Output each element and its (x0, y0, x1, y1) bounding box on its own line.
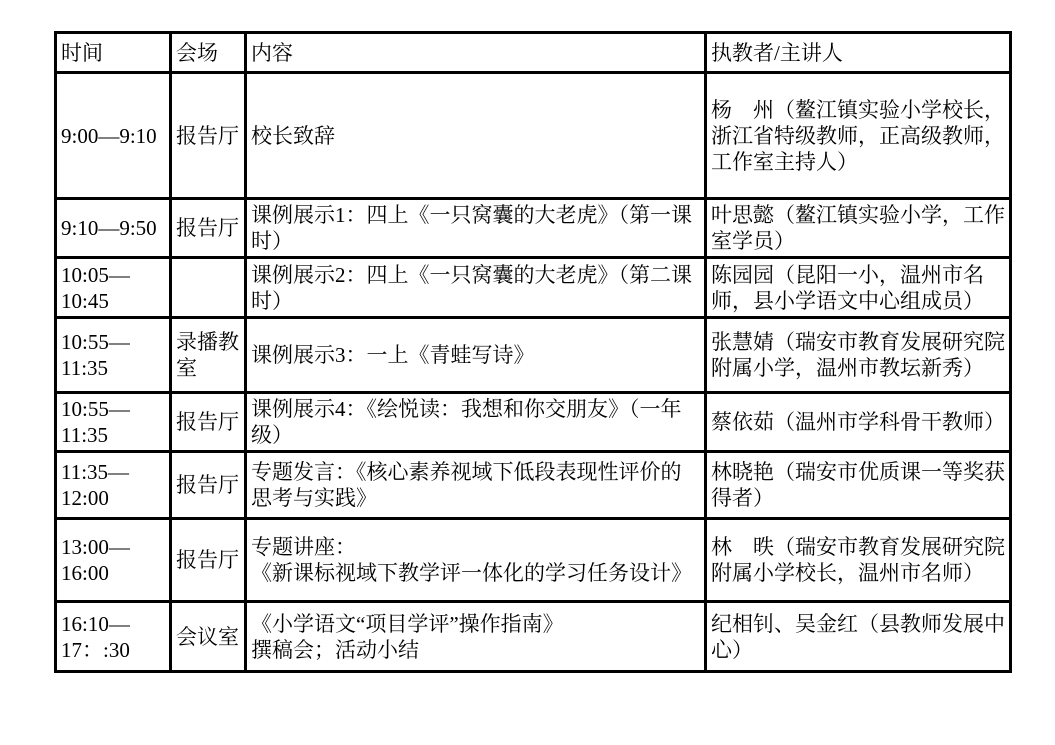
venue-cell: 报告厅 (171, 452, 246, 519)
time-cell: 9:10—9:50 (56, 199, 171, 258)
venue-cell: 报告厅 (171, 519, 246, 602)
venue-cell: 报告厅 (171, 199, 246, 258)
venue-cell: 会议室 (171, 602, 246, 672)
speaker-cell: 杨 州（鳌江镇实验小学校长， 浙江省特级教师，正高级教师， 工作室主持人） (706, 73, 1011, 199)
speaker-cell: 纪相钊、吴金红（县教师发展中心） (706, 602, 1011, 672)
document-page: 时间 会场 内容 执教者/主讲人 9:00—9:10 报告厅 校长致辞 杨 州（… (0, 0, 1055, 745)
content-cell: 课例展示4：《绘悦读：我想和你交朋友》（一年级） (246, 393, 706, 452)
table-row: 13:00— 16:00 报告厅 专题讲座： 《新课标视域下教学评一体化的学习任… (56, 519, 1011, 602)
venue-cell: 录播教室 (171, 318, 246, 393)
time-cell: 13:00— 16:00 (56, 519, 171, 602)
schedule-table-container: 时间 会场 内容 执教者/主讲人 9:00—9:10 报告厅 校长致辞 杨 州（… (54, 31, 1012, 673)
schedule-table: 时间 会场 内容 执教者/主讲人 9:00—9:10 报告厅 校长致辞 杨 州（… (54, 31, 1012, 673)
speaker-cell: 蔡依茹（温州市学科骨干教师） (706, 393, 1011, 452)
venue-cell: 报告厅 (171, 73, 246, 199)
table-row: 9:00—9:10 报告厅 校长致辞 杨 州（鳌江镇实验小学校长， 浙江省特级教… (56, 73, 1011, 199)
speaker-cell: 林晓艳（瑞安市优质课一等奖获得者） (706, 452, 1011, 519)
speaker-cell: 叶思懿（鳌江镇实验小学，工作室学员） (706, 199, 1011, 258)
venue-cell: 报告厅 (171, 393, 246, 452)
venue-cell (171, 258, 246, 318)
table-row: 9:10—9:50 报告厅 课例展示1：四上《一只窝囊的大老虎》（第一课时） 叶… (56, 199, 1011, 258)
content-cell: 课例展示3：一上《青蛙写诗》 (246, 318, 706, 393)
content-cell: 课例展示2：四上《一只窝囊的大老虎》（第二课时） (246, 258, 706, 318)
speaker-cell: 张慧婧（瑞安市教育发展研究院附属小学，温州市教坛新秀） (706, 318, 1011, 393)
table-row: 10:05— 10:45 课例展示2：四上《一只窝囊的大老虎》（第二课时） 陈园… (56, 258, 1011, 318)
content-cell: 专题发言：《核心素养视域下低段表现性评价的思考与实践》 (246, 452, 706, 519)
content-cell: 专题讲座： 《新课标视域下教学评一体化的学习任务设计》 (246, 519, 706, 602)
header-cell-venue: 会场 (171, 33, 246, 73)
table-row: 10:55— 11:35 录播教室 课例展示3：一上《青蛙写诗》 张慧婧（瑞安市… (56, 318, 1011, 393)
time-cell: 11:35— 12:00 (56, 452, 171, 519)
content-cell: 《小学语文“项目学评”操作指南》 撰稿会；活动小结 (246, 602, 706, 672)
header-cell-speaker: 执教者/主讲人 (706, 33, 1011, 73)
time-cell: 10:55— 11:35 (56, 318, 171, 393)
table-row: 16:10— 17：:30 会议室 《小学语文“项目学评”操作指南》 撰稿会；活… (56, 602, 1011, 672)
header-cell-content: 内容 (246, 33, 706, 73)
speaker-cell: 陈园园（昆阳一小，温州市名师，县小学语文中心组成员） (706, 258, 1011, 318)
header-row: 时间 会场 内容 执教者/主讲人 (56, 33, 1011, 73)
time-cell: 10:05— 10:45 (56, 258, 171, 318)
header-cell-time: 时间 (56, 33, 171, 73)
table-row: 11:35— 12:00 报告厅 专题发言：《核心素养视域下低段表现性评价的思考… (56, 452, 1011, 519)
table-row: 10:55— 11:35 报告厅 课例展示4：《绘悦读：我想和你交朋友》（一年级… (56, 393, 1011, 452)
content-cell: 校长致辞 (246, 73, 706, 199)
time-cell: 16:10— 17：:30 (56, 602, 171, 672)
time-cell: 9:00—9:10 (56, 73, 171, 199)
speaker-cell: 林 昳（瑞安市教育发展研究院附属小学校长，温州市名师） (706, 519, 1011, 602)
time-cell: 10:55— 11:35 (56, 393, 171, 452)
content-cell: 课例展示1：四上《一只窝囊的大老虎》（第一课时） (246, 199, 706, 258)
